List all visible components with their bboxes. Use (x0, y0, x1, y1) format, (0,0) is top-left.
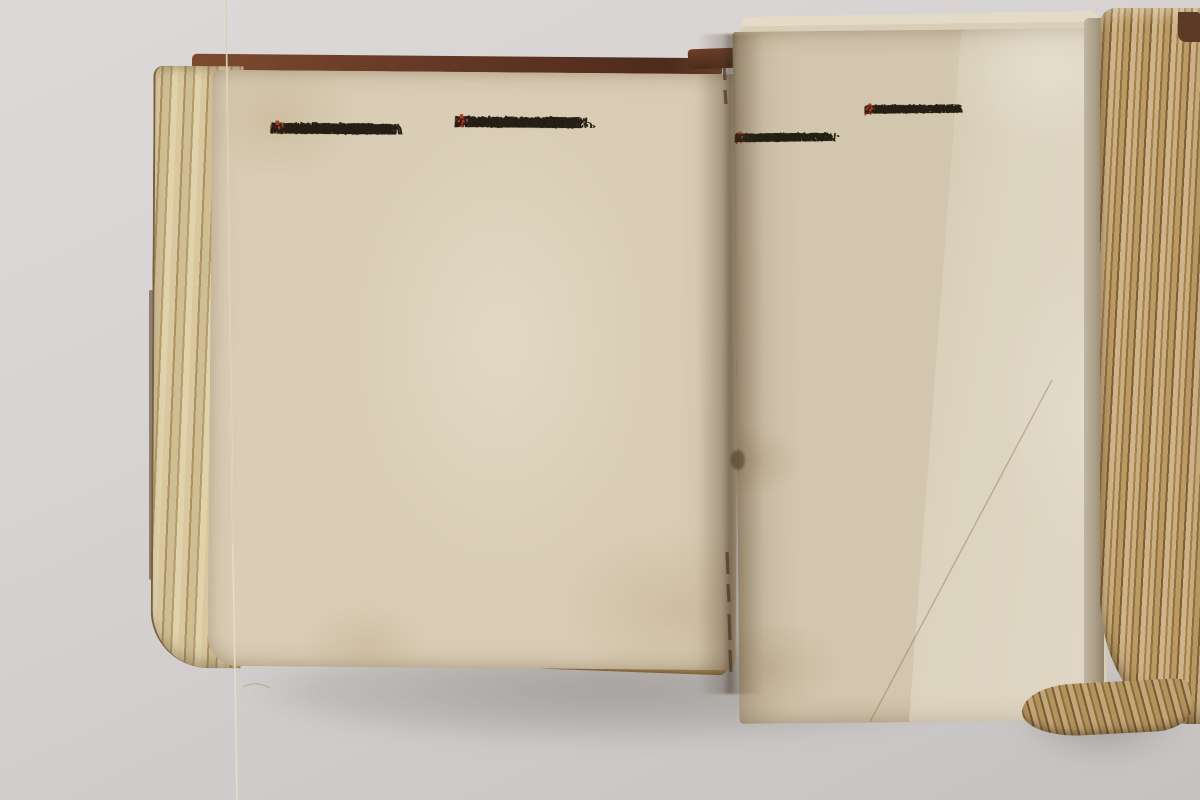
leather-cover-corner (1178, 12, 1200, 42)
left-page-column-2: ምኑኪ፡መጽኡ፡ሰብእ፡ሰገል፡እምርሑቅ፡ብሔር፡እንዘ፡ይብሉ፡አይቴሀሎ፡… (454, 110, 654, 112)
ink-text: አመ፡ተወልደ፡ቃልእ (270, 116, 391, 143)
right-page: ሄም፡ምድረ፡ይሁዳ፡እስመ፡ከማሁ፡ጽሐፉ፡ነቢይ✚ወአንቲኒ፡ቤተ፡ልሔም፡… (732, 28, 1107, 724)
fore-edge-leaf-block (1100, 8, 1200, 724)
ink-text: ወይቤልዎ፡በቤተ፡ል (454, 110, 575, 137)
ink-text: ሄሮ (864, 96, 881, 123)
left-page: ጽሐፋ፡ከመ፡እምዝርአ፡ዳዊት፡ወእምነገደቤቱ፡ይትወለድ፡ክርስቶአ፡እፎ… (207, 70, 740, 671)
gutter-shadow (698, 34, 762, 694)
left-page-column-1: ጽሐፋ፡ከመ፡እምዝርአ፡ዳዊት፡ወእምነገደቤቱ፡ይትወለድ፡ክርስቶአ፡እፎ… (270, 116, 460, 118)
translucent-guard-sheet (902, 28, 1108, 722)
photo-backdrop: ጽሐፋ፡ከመ፡እምዝርአ፡ዳዊት፡ወእምነገደቤቱ፡ይትወለድ፡ክርስቶአ፡እፎ… (0, 0, 1200, 800)
